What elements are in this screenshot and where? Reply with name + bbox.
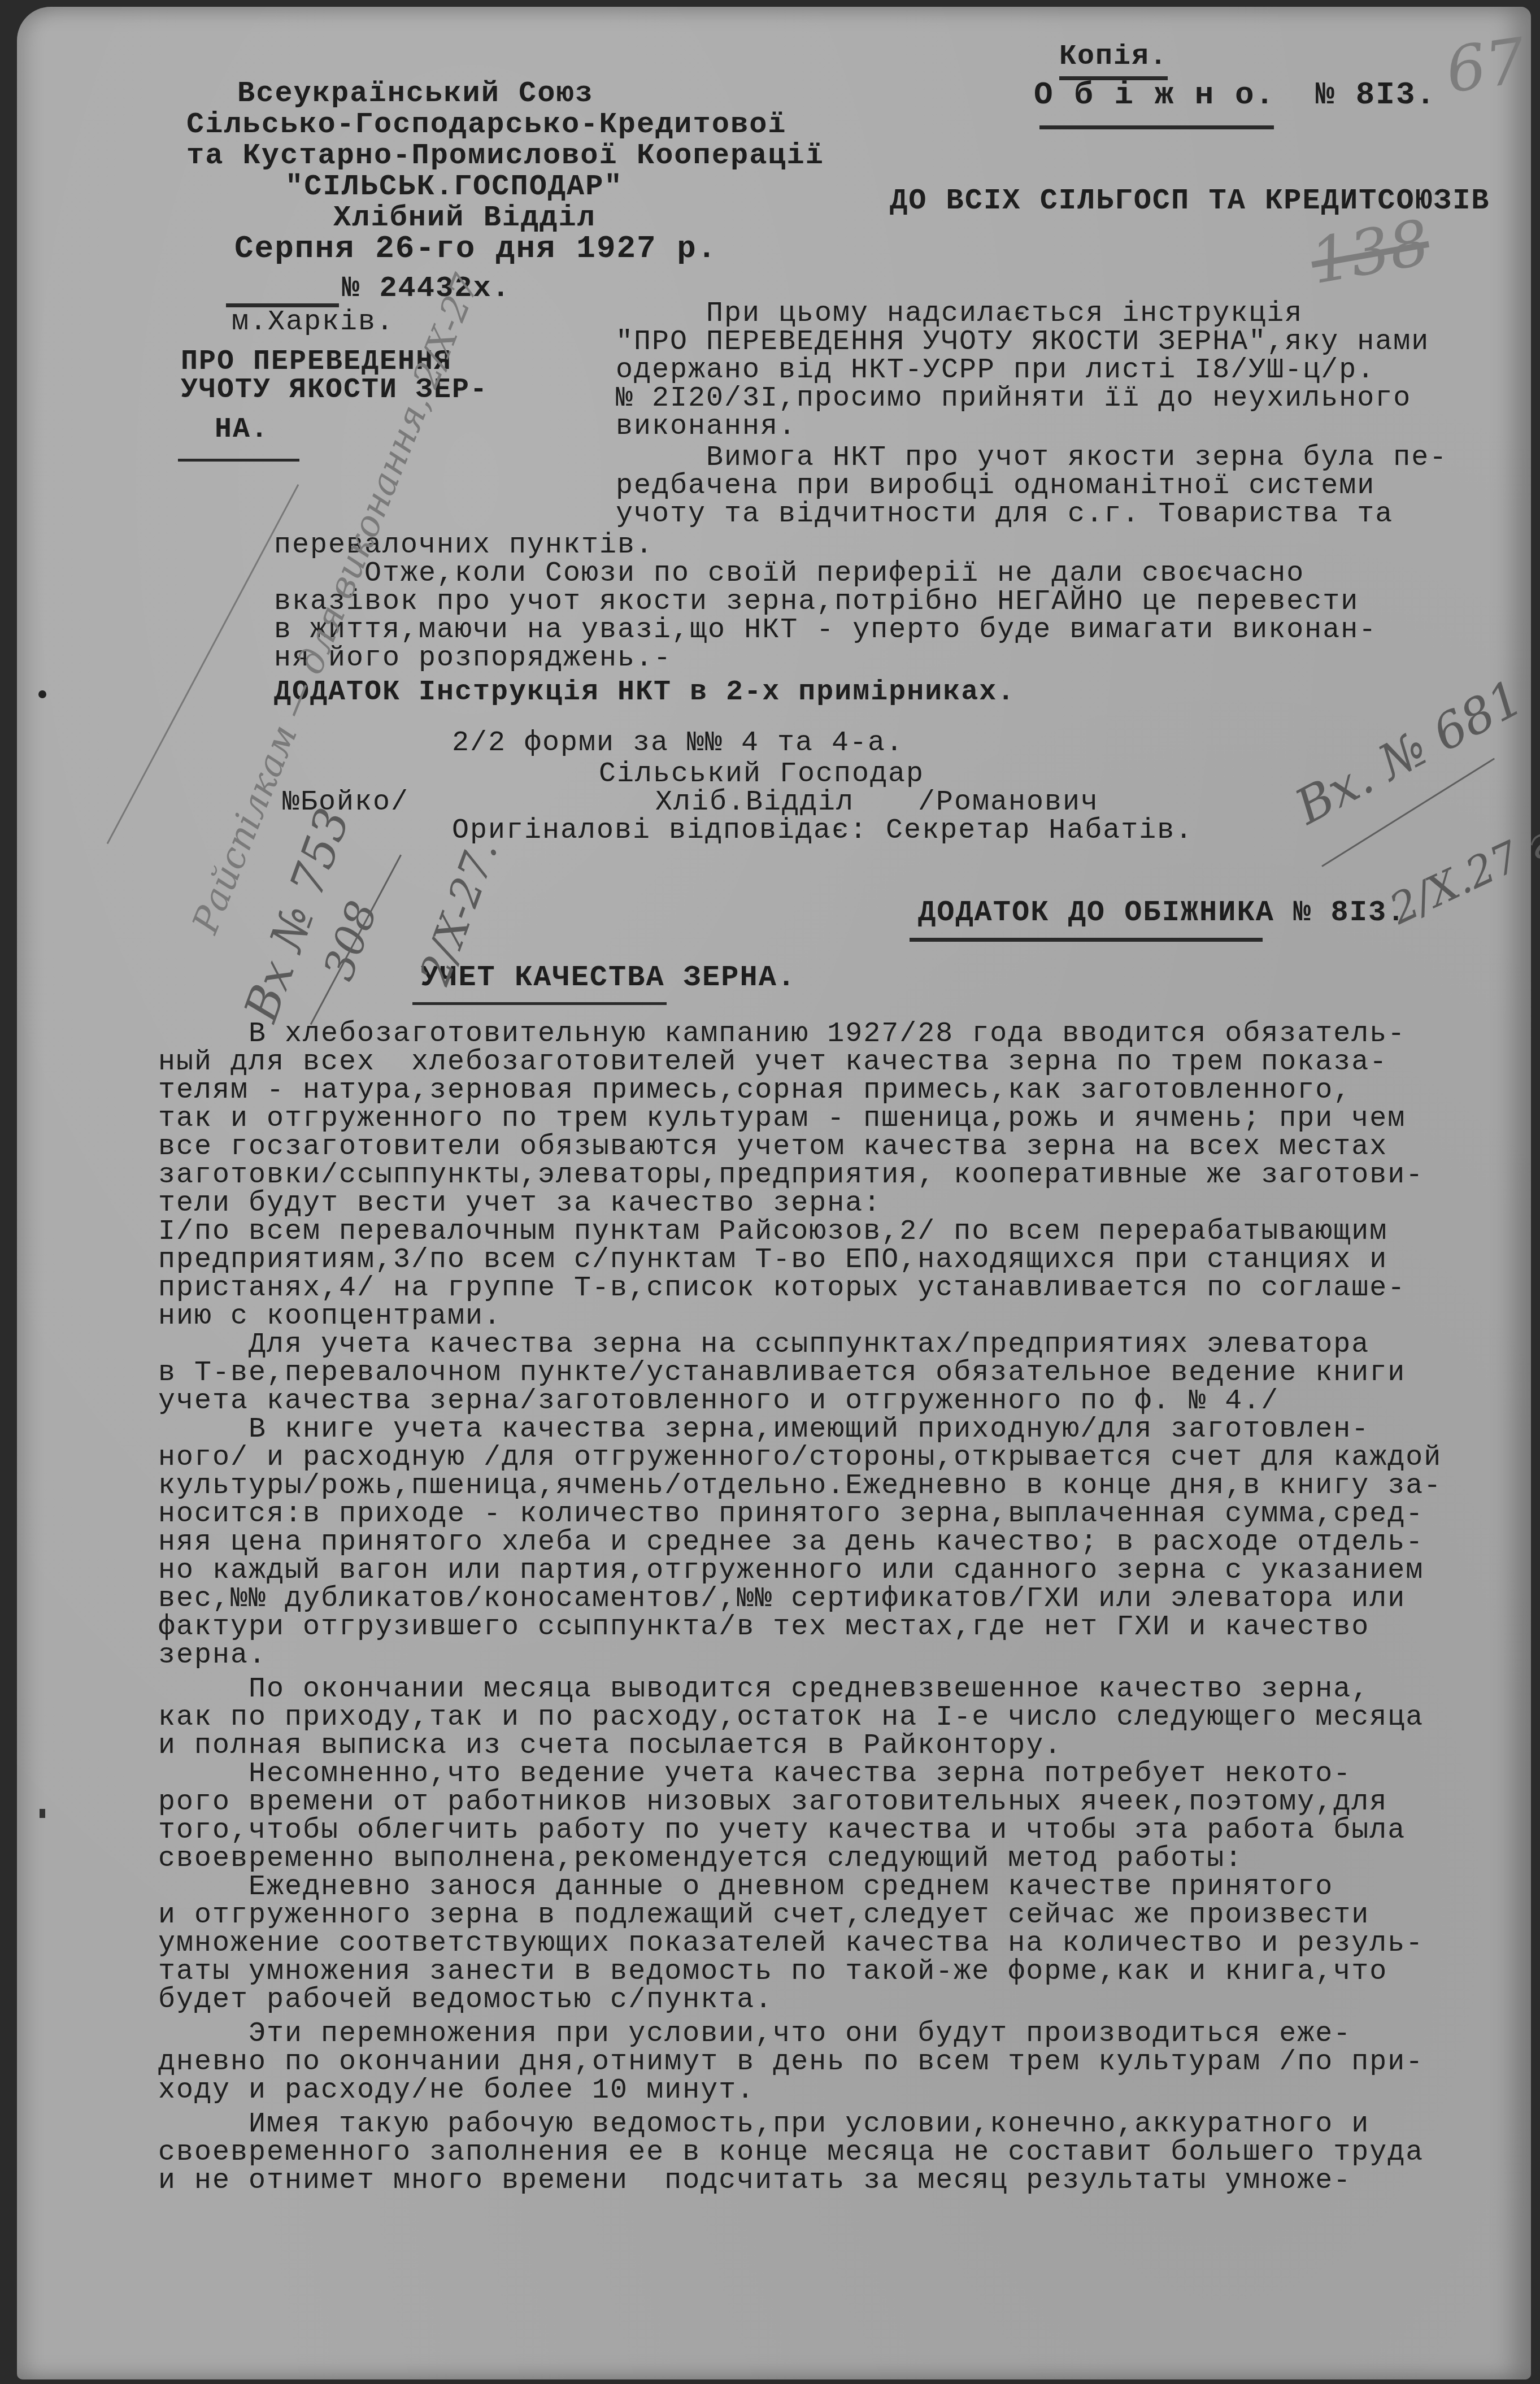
ink-mark [40, 1809, 45, 1818]
ru-line: своевременно выполнена,рекомендуется сле… [158, 1843, 1243, 1875]
ua-line: одержано від НКТ-УСРР при листі І8/УШ-ц/… [616, 354, 1375, 386]
circular-title: О б і ж н о. № 8І3. [1034, 79, 1436, 111]
ua-line: в життя,маючи на увазі,що НКТ - уперто б… [274, 614, 1377, 646]
ua-line: Отже,коли Союзи по своїй периферії не да… [274, 558, 1304, 590]
ru-line: нию с коопцентрами. [158, 1300, 502, 1333]
ru-line: своевременного заполнения ее в конце мес… [158, 2137, 1424, 2169]
ru-line: Эти перемножения при условии,что они буд… [158, 2018, 1351, 2050]
right-signatory: /Романович [918, 786, 1099, 819]
appendix-title-underline [910, 938, 1263, 942]
org-line-3: та Кустарно-Промислової Кооперації [186, 140, 824, 172]
org-line-2: Сільсько-Господарсько-Кредитової [186, 108, 787, 141]
city: м.Харків. [232, 306, 394, 338]
ru-line: Для учета качества зерна на ссыппунктах/… [158, 1329, 1369, 1361]
ru-line: тели будут вести учет за качество зерна: [158, 1187, 881, 1220]
ru-line: В книге учета качества зерна,имеющий при… [158, 1413, 1369, 1446]
ru-line: зерна. [158, 1639, 267, 1672]
ru-line: няя цена принятого хлеба и среднее за де… [158, 1526, 1424, 1559]
ru-line: Имея такую рабочую ведомость,при условии… [158, 2108, 1369, 2141]
attachment-forms: 2/2 форми за №№ 4 та 4-а. [452, 727, 904, 759]
certification-line: Оригіналові відповідає: Секретар Набатів… [452, 815, 1193, 847]
ru-line: По окончании месяца выводится средневзве… [158, 1673, 1369, 1706]
ink-mark [38, 690, 46, 698]
ru-line: ходу и расходу/не более 10 минут. [158, 2074, 755, 2107]
ua-line: вказівок про учот якости зерна,потрібно … [274, 586, 1359, 618]
ru-line: учета качества зерна/заготовленного и от… [158, 1385, 1279, 1417]
ru-line: В хлебозаготовительную кампанию 1927/28 … [158, 1018, 1406, 1050]
section-title: УЧЕТ КАЧЕСТВА ЗЕРНА. [421, 962, 796, 994]
archival-document-page: Всеукраїнський Союз Сільсько-Господарськ… [17, 7, 1531, 2379]
ru-line: I/по всем перевалочным пунктам Райсоюзов… [158, 1216, 1387, 1248]
subject-line-3: НА. [215, 414, 269, 446]
ru-line: и полная выписка из счета посылается в Р… [158, 1730, 1062, 1762]
subject-underline [178, 459, 299, 462]
handwritten-crossed-number: 138 [1305, 206, 1434, 298]
ua-line: учоту та відчитности для с.г. Товариства… [616, 498, 1393, 530]
attachment-note: ДОДАТОК Інструкція НКТ в 2-х примірниках… [274, 676, 1015, 708]
ru-line: рого времени от работников низовых загот… [158, 1786, 1387, 1819]
ru-line: Ежедневно занося данные о дневном средне… [158, 1871, 1333, 1903]
ru-line: дневно по окончании дня,отнимут в день п… [158, 2046, 1424, 2078]
ru-line: и не отнимет много времени подсчитать за… [158, 2165, 1351, 2197]
ru-line: все госзаготовители обязываются учетом к… [158, 1131, 1387, 1163]
ua-line: При цьому надсилається інструкція [616, 298, 1303, 330]
ru-line: пристанях,4/ на группе Т-в,список которы… [158, 1272, 1406, 1304]
ua-line: Вимога НКТ про учот якости зерна була пе… [616, 442, 1447, 474]
ua-line: виконання. [616, 411, 797, 443]
ru-line: умножение соответствующих показателей ка… [158, 1928, 1424, 1960]
org-name: "СІЛЬСЬК.ГОСПОДАР" [285, 171, 623, 203]
ru-line: фактури отгрузившего ссыппункта/в тех ме… [158, 1611, 1369, 1643]
ru-line: заготовки/ссыппункты,элеваторы,предприят… [158, 1159, 1424, 1191]
section-title-underline [412, 1002, 667, 1005]
ru-line: как по приходу,так и по расходу,остаток … [158, 1702, 1424, 1734]
ua-line: редбачена при виробці одноманітної систе… [616, 470, 1375, 502]
ru-line: и отгруженного зерна в подлежащий счет,с… [158, 1899, 1369, 1931]
handwritten-incoming-date-right: 2/X.27 г. [1382, 812, 1540, 934]
handwritten-page-number: 67 [1442, 24, 1530, 107]
ru-line: но каждый вагон или партия,отгруженного … [158, 1555, 1424, 1587]
ru-line: ный для всех хлебозаготовителей учет кач… [158, 1046, 1387, 1078]
ru-line: в Т-ве,перевалочном пункте/устанавливает… [158, 1357, 1406, 1389]
ru-line: носится:в приходе - количество принятого… [158, 1498, 1424, 1530]
ru-line: Несомненно,что ведение учета качества зе… [158, 1758, 1351, 1790]
ua-line: "ПРО ПЕРЕВЕДЕННЯ УЧОТУ ЯКОСТИ ЗЕРНА",яку… [616, 326, 1429, 358]
ru-line: телям - натура,зерновая примесь,сорная п… [158, 1074, 1351, 1107]
ua-line: перевалочних пунктів. [274, 529, 654, 562]
org-line-1: Всеукраїнський Союз [237, 77, 594, 110]
department-name: Хлібний Відділ [333, 202, 596, 234]
ru-line: предприятиям,3/по всем с/пунктам Т-во ЕП… [158, 1244, 1387, 1276]
ru-line: ного/ и расходную /для отгруженного/стор… [158, 1442, 1442, 1474]
copy-mark: Копія. [1059, 41, 1168, 80]
ru-line: таты умножения занести в ведомость по та… [158, 1956, 1387, 1988]
ru-line: будет рабочей ведомостью с/пункта. [158, 1984, 773, 2016]
appendix-title: ДОДАТОК ДО ОБІЖНИКА № 8І3. [918, 897, 1406, 929]
circular-title-underline [1039, 125, 1274, 129]
signature-dept: Хліб.Відділ [655, 786, 854, 819]
ru-line: культуры/рожь,пшеница,ячмень/отдельно.Еж… [158, 1470, 1442, 1502]
ua-line: № 2І20/3І,просимо прийняти її до неухиль… [616, 382, 1411, 415]
signature-org: Сільський Господар [599, 758, 924, 790]
ru-line: вес,№№ дубликатов/коносаментов/,№№ серти… [158, 1583, 1406, 1615]
ru-line: так и отгруженного по трем культурам - п… [158, 1103, 1406, 1135]
document-date: Серпня 26-го дня 1927 р. [234, 233, 717, 265]
ru-line: того,чтобы облегчить работу по учету кач… [158, 1815, 1406, 1847]
